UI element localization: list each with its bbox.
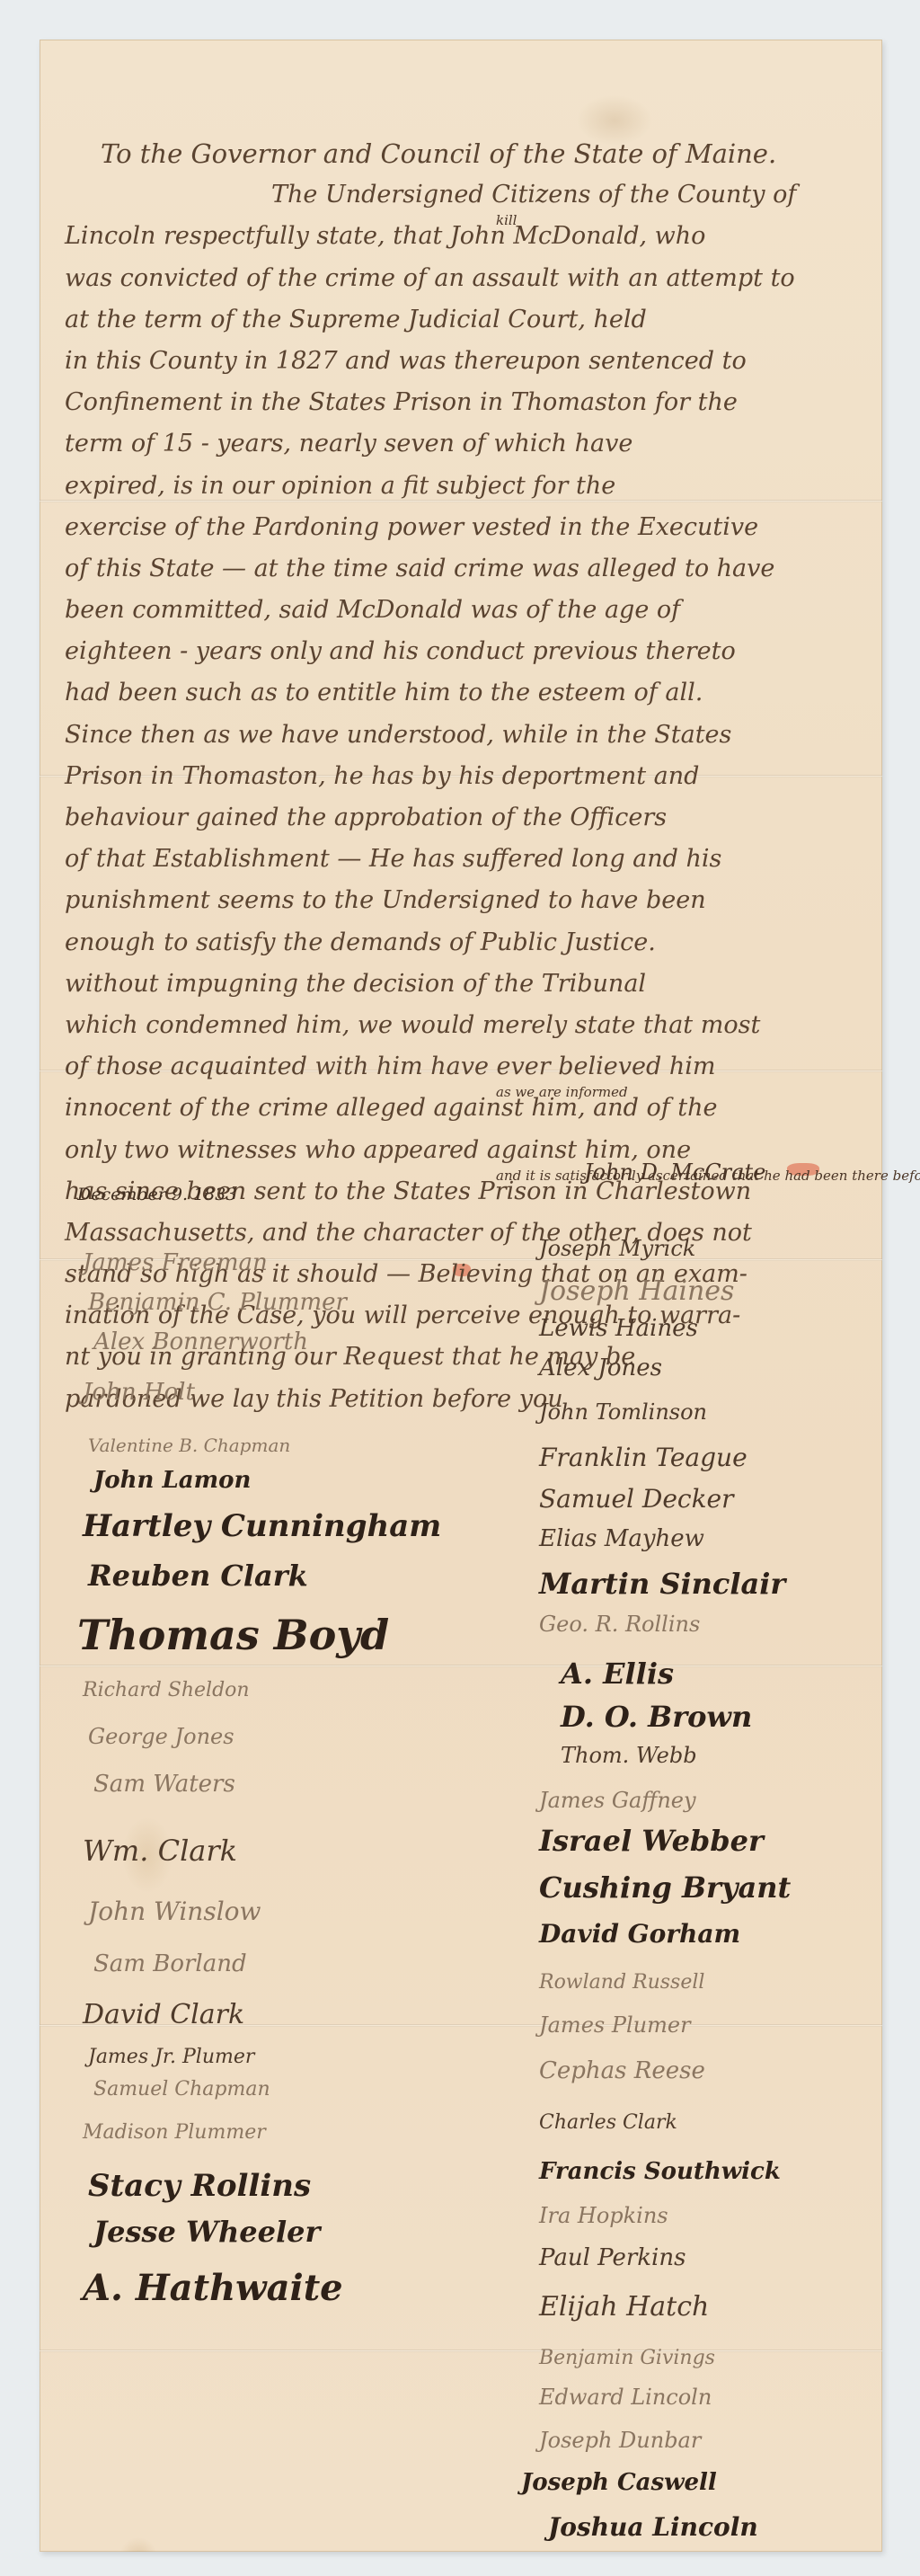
petition-line: as we are informedinnocent of the crime … (65, 1088, 846, 1129)
signature: Franklin Teague (539, 1443, 747, 1472)
signature: Alex Bonnerworth (93, 1328, 308, 1355)
signature: Elias Mayhew (539, 1525, 704, 1552)
signature: John Holt (83, 1379, 195, 1406)
signature: Jesse Wheeler (93, 2215, 320, 2249)
signature: Sam Borland (93, 1950, 247, 1977)
signature: A. Ellis (561, 1657, 674, 1691)
petition-line-text: exercise of the Pardoning power vested i… (65, 513, 758, 541)
petition-line-text: been committed, said McDonald was of the… (65, 596, 680, 624)
signature: John Tomlinson (539, 1399, 707, 1425)
petition-line: Massachusetts, and the character of the … (65, 1212, 846, 1254)
petition-body-lines: The Undersigned Citizens of the County o… (65, 174, 846, 1420)
signature: James Jr. Plumer (88, 2046, 254, 2068)
signature: Joseph Caswell (521, 2469, 717, 2496)
signature: John Lamon (93, 1467, 251, 1494)
signature: Elijah Hatch (539, 2291, 709, 2323)
petition-date: December 9. 1833 (77, 1185, 236, 1204)
signature: Joseph Myrick (539, 1236, 695, 1261)
petition-line-text: Confinement in the States Prison in Thom… (65, 388, 738, 416)
petition-line-text: behaviour gained the approbation of the … (65, 804, 667, 831)
signature: Wm. Clark (83, 1834, 237, 1868)
signature: Charles Clark (539, 2111, 677, 2134)
petition-line-text: enough to satisfy the demands of Public … (65, 928, 656, 956)
petition-line-text: without impugning the decision of the Tr… (65, 970, 646, 998)
signature: Sam Waters (93, 1771, 235, 1798)
signature: James Plumer (539, 2012, 691, 2038)
petition-line: The Undersigned Citizens of the County o… (65, 174, 846, 216)
signature: Ira Hopkins (539, 2203, 668, 2228)
signature: Benjamin Givings (539, 2347, 715, 2369)
petition-line-text: Since then as we have understood, while … (65, 721, 731, 749)
signature: Martin Sinclair (539, 1567, 785, 1601)
signature: Reuben Clark (88, 1559, 308, 1593)
petition-line-text: of that Establishment — He has suffered … (65, 845, 721, 873)
petition-line: which condemned him, we would merely sta… (65, 1005, 846, 1046)
signature: Edward Lincoln (539, 2385, 712, 2410)
signature: Joseph Dunbar (539, 2428, 701, 2453)
signature: Cushing Bryant (539, 1870, 791, 1905)
petition-line-text: at the term of the Supreme Judicial Cour… (65, 306, 647, 333)
signature: David Clark (83, 1999, 244, 2030)
petition-line-text: of those acquainted with him have ever b… (65, 1053, 715, 1080)
signature: Israel Webber (539, 1824, 764, 1858)
signature: Richard Sheldon (83, 1679, 250, 1701)
signature: Madison Plummer (83, 2121, 266, 2144)
petition-line: eighteen - years only and his conduct pr… (65, 631, 846, 672)
signature: Thomas Boyd (77, 1611, 389, 1659)
signature: Francis Southwick (539, 2158, 781, 2185)
petition-line-text: was convicted of the crime of an assault… (65, 264, 795, 292)
petition-line: behaviour gained the approbation of the … (65, 797, 846, 839)
signature: David Gorham (539, 1919, 740, 1949)
petition-line-text: of this State — at the time said crime w… (65, 555, 774, 582)
petition-line: expired, is in our opinion a fit subject… (65, 466, 846, 507)
petition-line-text: which condemned him, we would merely sta… (65, 1011, 760, 1039)
petition-heading: To the Governor and Council of the State… (65, 133, 846, 174)
petition-line: Confinement in the States Prison in Thom… (65, 382, 846, 423)
petition-line: killLincoln respectfully state, that Joh… (65, 216, 846, 257)
fold-crease (40, 1665, 882, 1667)
signature: D. O. Brown (561, 1700, 752, 1734)
signature: Paul Perkins (539, 2244, 686, 2271)
petition-line-text: term of 15 - years, nearly seven of whic… (65, 430, 632, 457)
signature: Samuel Chapman (93, 2078, 270, 2101)
petition-line: was convicted of the crime of an assault… (65, 258, 846, 299)
signature: Valentine B. Chapman (88, 1435, 290, 1456)
fold-crease (40, 2349, 882, 2352)
petition-line: without impugning the decision of the Tr… (65, 964, 846, 1005)
petition-line: been committed, said McDonald was of the… (65, 590, 846, 631)
petition-line: Prison in Thomaston, he has by his depor… (65, 756, 846, 797)
signature: A. Hathwaite (83, 2267, 343, 2309)
petition-line: Since then as we have understood, while … (65, 715, 846, 756)
petition-line-text: had been such as to entitle him to the e… (65, 679, 703, 706)
signature: Hartley Cunningham (83, 1508, 441, 1544)
signature: Joshua Lincoln (548, 2512, 758, 2542)
petition-line: exercise of the Pardoning power vested i… (65, 507, 846, 548)
signature: Joseph Haines (539, 1275, 734, 1307)
signature: Alex Jones (539, 1355, 662, 1381)
first-signer: John D. McCrate (584, 1159, 765, 1185)
petition-line-text: The Undersigned Citizens of the County o… (271, 181, 796, 209)
petition-line-text: punishment seems to the Undersigned to h… (65, 886, 706, 914)
signature: James Gaffney (539, 1788, 696, 1813)
petition-body: To the Governor and Council of the State… (65, 133, 846, 1420)
petition-line: punishment seems to the Undersigned to h… (65, 880, 846, 921)
signature: Thom. Webb (561, 1743, 697, 1768)
petition-line: in this County in 1827 and was thereupon… (65, 341, 846, 382)
signature: Benjamin C. Plummer (88, 1289, 347, 1316)
signature: John Winslow (88, 1896, 261, 1926)
signature: Cephas Reese (539, 2057, 705, 2084)
petition-line-text: Lincoln respectfully state, that John Mc… (65, 222, 705, 250)
petition-line: of that Establishment — He has suffered … (65, 839, 846, 880)
petition-line-text: in this County in 1827 and was thereupon… (65, 347, 747, 375)
signature: Stacy Rollins (88, 2168, 311, 2204)
signature: Samuel Decker (539, 1484, 734, 1514)
signature: Lewis Haines (539, 1315, 698, 1342)
signature: George Jones (88, 1724, 234, 1749)
signature: Geo. R. Rollins (539, 1612, 700, 1637)
petition-line: enough to satisfy the demands of Public … (65, 922, 846, 964)
petition-line-text: Prison in Thomaston, he has by his depor… (65, 762, 699, 790)
petition-line: term of 15 - years, nearly seven of whic… (65, 423, 846, 465)
petition-line: of this State — at the time said crime w… (65, 548, 846, 590)
petition-line: of those acquainted with him have ever b… (65, 1046, 846, 1088)
signature: Rowland Russell (539, 1971, 704, 1994)
signature: James Freeman (83, 1249, 268, 1276)
petition-line: had been such as to entitle him to the e… (65, 672, 846, 714)
petition-line: at the term of the Supreme Judicial Cour… (65, 299, 846, 341)
petition-line-text: eighteen - years only and his conduct pr… (65, 637, 736, 665)
petition-line-text: expired, is in our opinion a fit subject… (65, 472, 615, 500)
